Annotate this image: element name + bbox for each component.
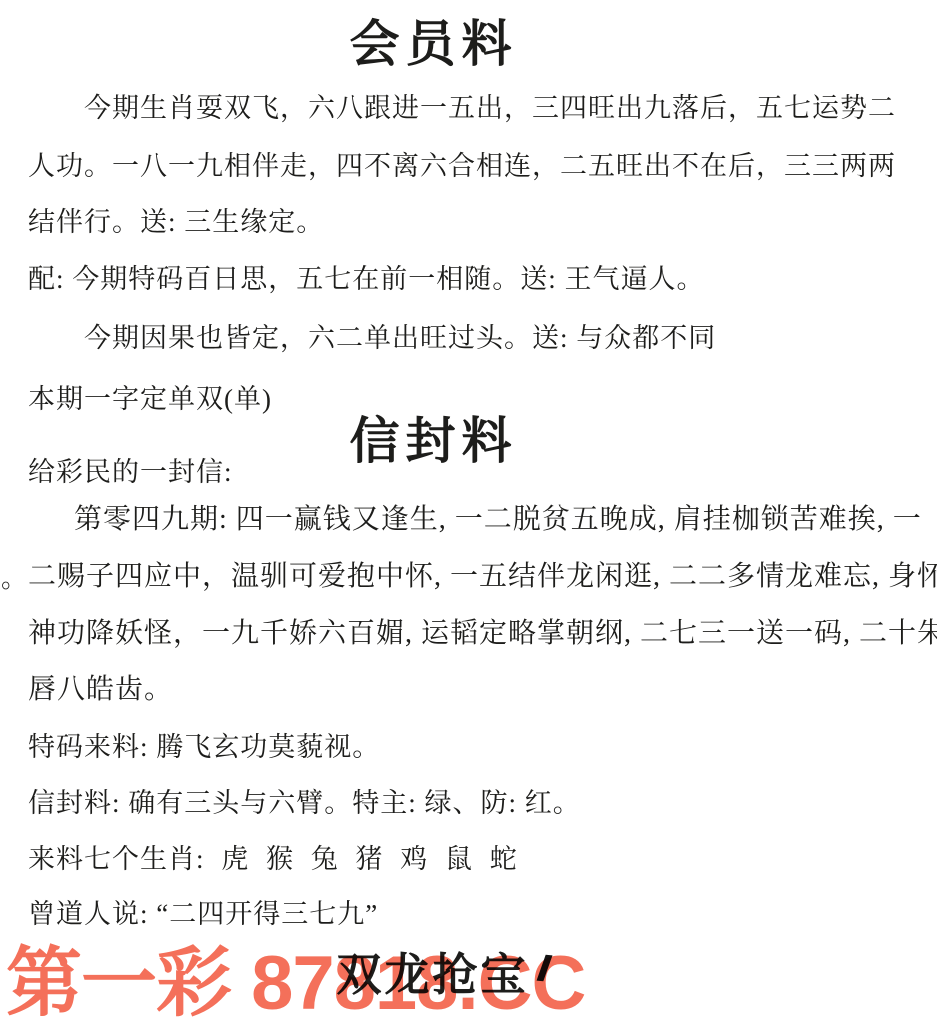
member-line-5: 今期因果也皆定，六二单出旺过头。送: 与众都不同: [28, 316, 716, 355]
member-line-4: 配: 今期特码百日思，五七在前一相随。送: 王气逼人。: [28, 257, 705, 296]
zodiac-list-line: 来料七个生肖: 虎 猴 兔 猪 鸡 鼠 蛇: [28, 837, 518, 876]
letter-line-4: 唇八皓齿。: [28, 667, 173, 707]
envelope-tip-line: 信封料: 确有三头与六臂。特主: 绿、防: 红。: [28, 781, 581, 820]
left-margin-period-mark: 。: [1, 558, 27, 595]
envelope-intro-line: 给彩民的一封信:: [28, 450, 233, 489]
letter-line-2: 二赐子四应中，温驯可爱抱中怀, 一五结伴龙闲逛, 二二多情龙难忘, 身怀: [28, 554, 937, 594]
letter-line-1: 第零四九期: 四一赢钱又逢生, 一二脱贫五晚成, 肩挂枷锁苦难挨, 一: [28, 497, 922, 537]
member-line-1: 今期生肖耍双飞，六八跟进一五出，三四旺出九落后，五七运势二: [28, 86, 896, 125]
member-section-title: 会员料: [0, 4, 867, 76]
member-line-3: 结伴行。送: 三生缘定。: [28, 200, 324, 239]
site-watermark: 第一彩 87818.CC: [6, 922, 585, 1024]
letter-line-3: 神功降妖怪，一九千娇六百媚, 运韬定略掌朝纲, 二七三一送一码, 二十朱: [28, 611, 937, 651]
document-page: 会员料 今期生肖耍双飞，六八跟进一五出，三四旺出九落后，五七运势二 人功。一八一…: [0, 0, 937, 1024]
special-code-tip-line: 特码来料: 腾飞玄功莫藐视。: [28, 725, 380, 764]
member-line-2: 人功。一八一九相伴走，四不离六合相连，二五旺出不在后，三三两两: [28, 144, 896, 183]
